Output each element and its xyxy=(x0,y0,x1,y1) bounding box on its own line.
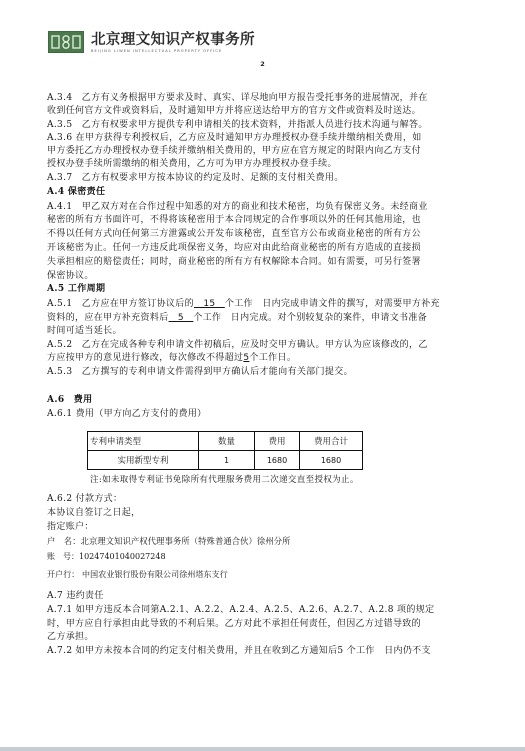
clause-a71-line2: 时，甲方应自行承担由此导致的不利后果。乙方对此不承担任何责任，但因乙方过错导致的 xyxy=(47,618,421,630)
fee-table-header-row: 专利申请类型 数量 费用 费用合计 xyxy=(88,432,363,451)
clause-a34-line1: A.3.4 乙方有义务根据甲方要求及时、真实、详尽地向甲方报告受托事务的进展情况… xyxy=(47,92,428,104)
section-a7-title: A.7 违约责任 xyxy=(47,590,104,602)
clause-a41-line1: A.4.1 甲乙双方对在合作过程中知悉的对方的商业和技术秘密，均负有保密义务。未… xyxy=(47,201,428,213)
account-name-label: 户 名： xyxy=(47,536,81,546)
a51-text: 个工作 日内完成。对个别较复杂的案件，申请文书准备 xyxy=(193,313,427,323)
page-bottom-edge xyxy=(0,747,525,751)
a51-text: 资料的，应在甲方补充资料后 xyxy=(47,313,169,323)
firm-name-en: BEIJING LIWEN INTELLECTUAL PROPERTY OFFI… xyxy=(91,49,255,53)
fee-table: 专利申请类型 数量 费用 费用合计 实用新型专利 1 1680 1680 xyxy=(87,431,363,470)
fee-table-header: 专利申请类型 xyxy=(88,432,199,451)
clause-a62-line2: 指定账户： xyxy=(47,521,94,533)
account-number-row: 账 号：10247401040027248 xyxy=(47,551,166,563)
clause-a71-line1: A.7.1 如甲方违反本合同第A.2.1、A.2.2、A.2.4、A.2.5、A… xyxy=(47,604,434,616)
account-number-label: 账 号： xyxy=(47,552,79,561)
clause-a41-line6: 保密协议。 xyxy=(47,270,94,282)
clause-a51-line1: A.5.1 乙方应在甲方签订协议后的 15 个工作 日内完成申请文件的撰写，对需… xyxy=(47,298,440,310)
account-name-row: 户 名：北京理文知识产权代理事务所（特殊普通合伙）徐州分所 xyxy=(47,535,291,547)
fee-note: 注:如未取得专利证书免除所有代理服务费用二次递交直至授权为止。 xyxy=(90,474,359,486)
clause-a72: A.7.2 如甲方未按本合同的约定支付相关费用，并且在收到乙方通知后5 个工作 … xyxy=(47,645,431,657)
clause-a51-line3: 时间可适当延长。 xyxy=(47,325,122,337)
account-number-value: 10247401040027248 xyxy=(79,552,166,561)
clause-a62-title: A.6.2 付款方式： xyxy=(47,493,122,505)
section-a5-title: A.5 工作周期 xyxy=(47,283,105,295)
logo-emblem-icon xyxy=(48,31,84,53)
clause-a41-line5: 失承担相应的赔偿责任；同时，商业秘密的所有方有权解除本合同。如有需要，可另行签署 xyxy=(47,256,421,268)
bank-value: 中国农业银行股份有限公司徐州塔东支行 xyxy=(79,570,227,579)
fee-table-row: 实用新型专利 1 1680 1680 xyxy=(88,451,363,470)
clause-a36-line2: 甲方委托乙方办理授权办登手续并缴纳相关费用的，甲方应在官方规定的时限内向乙方支付 xyxy=(47,145,421,157)
clause-a34-line2: 收到任何官方文件或资料后，及时通知甲方并将应送达给甲方的官方文件或资料及时送达。 xyxy=(47,105,421,117)
fee-table-header: 数量 xyxy=(199,432,255,451)
a52-text: 个工作日。 xyxy=(249,353,296,363)
a52-text: 方应按甲方的意见进行修改，每次修改不得超过 xyxy=(47,353,243,363)
clause-a51-line2: 资料的，应在甲方补充资料后 5 个工作 日内完成。对个别较复杂的案件，申请文书准… xyxy=(47,312,427,324)
fee-table-header: 费用合计 xyxy=(300,432,363,451)
fee-table-header: 费用 xyxy=(255,432,300,451)
section-a6-title: A.6 费用 xyxy=(47,394,92,406)
clause-a52-line1: A.5.2 乙方在完成各种专利申请文件初稿后，应及时交甲方确认。甲方认为应该修改… xyxy=(47,339,428,351)
a51-days-field: 15 xyxy=(194,299,225,309)
clause-a52-line2: 方应按甲方的意见进行修改，每次修改不得超过5个工作日。 xyxy=(47,352,296,364)
clause-a37: A.3.7 乙方有权要求甲方按本协议的约定及时、足额的支付相关费用。 xyxy=(47,172,344,184)
clause-a41-line2: 秘密的所有方书面许可，不得将该秘密用于本合同规定的合作事项以外的任何其他用途，也 xyxy=(47,214,421,226)
fee-table-cell: 1680 xyxy=(300,451,363,470)
clause-a61: A.6.1 费用（甲方向乙方支付的费用） xyxy=(47,408,207,420)
clause-a41-line4: 开该秘密为止。任何一方违反此项保密义务，均应对由此给商业秘密的所有方造成的直接损 xyxy=(47,242,421,254)
clause-a71-line3: 乙方承担。 xyxy=(47,631,94,643)
firm-name-cn: 北京理文知识产权事务所 xyxy=(91,32,255,48)
fee-table-cell: 实用新型专利 xyxy=(88,451,199,470)
account-name-value: 北京理文知识产权代理事务所（特殊普通合伙）徐州分所 xyxy=(81,536,291,546)
firm-logo: 北京理文知识产权事务所 BEIJING LIWEN INTELLECTUAL P… xyxy=(48,31,255,53)
clause-a36-line1: A.3.6 在甲方获得专利授权后，乙方应及时通知甲方办理授权办登手续并缴纳相关费… xyxy=(47,132,422,144)
clause-a36-line3: 授权办登手续所需缴纳的相关费用，乙方可为甲方办理授权办登手续。 xyxy=(47,158,337,170)
a51-supplement-days-field: 5 xyxy=(169,313,194,323)
clause-a41-line3: 不得以任何方式向任何第三方泄露或公开发布该秘密，直至官方公布或商业秘密的所有方公 xyxy=(47,228,421,240)
fee-table-cell: 1 xyxy=(199,451,255,470)
clause-a53: A.5.3 乙方撰写的专利申请文件需得到甲方确认后才能向有关部门提交。 xyxy=(47,366,353,378)
bank-label: 开户行： xyxy=(47,570,79,579)
fee-table-cell: 1680 xyxy=(255,451,300,470)
bank-row: 开户行： 中国农业银行股份有限公司徐州塔东支行 xyxy=(47,569,228,581)
clause-a35: A.3.5 乙方有权要求甲方提供专利申请相关的技术资料，并指派人员进行技术沟通与… xyxy=(47,119,428,131)
page-number: 2 xyxy=(0,60,525,68)
clause-a62-line1: 本协议自签订之日起， xyxy=(47,507,141,519)
section-a4-title: A.4 保密责任 xyxy=(47,186,105,198)
a51-text: A.5.1 乙方应在甲方签订协议后的 xyxy=(47,299,194,309)
a51-text: 个工作 日内完成申请文件的撰写，对需要甲方补充 xyxy=(225,299,440,309)
